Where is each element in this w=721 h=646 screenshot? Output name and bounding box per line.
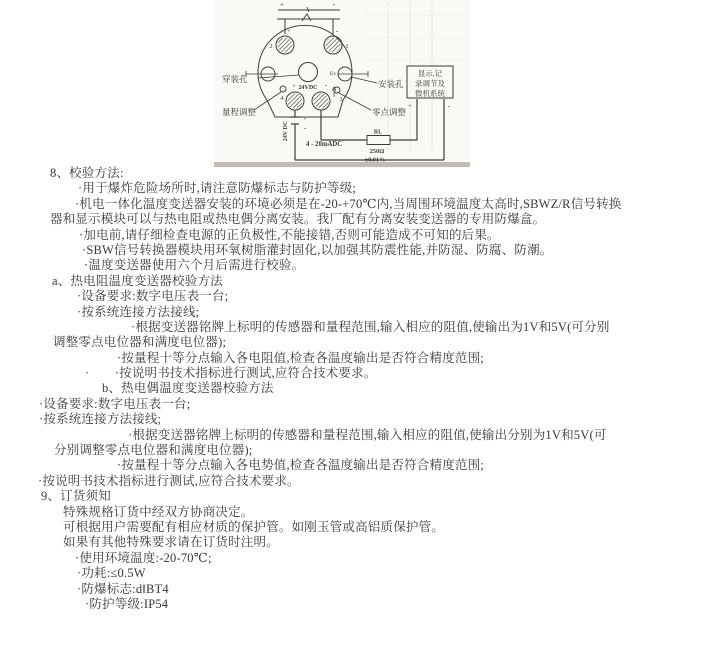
center-plus-sign: + [292, 83, 296, 90]
doc-line: ·按量程十等分点输入各电阻值,检查各温度输出是否符合精度范围; [0, 351, 721, 366]
doc-line: 器和显示模块可以与热电阻或热电偶分离安装。我厂配有分离安装变送器的专用防爆盒。 [0, 212, 721, 227]
doc-line: ·按说明书技术指标进行测试,应符合技术要求。 [0, 474, 721, 489]
doc-line: ·加电前,请仔细检查电源的正负极性,不能接错,否则可能造成不可知的后果。 [0, 228, 721, 243]
scanned-manual-page: + - + - 2 1 4 3 24VDC + - Ex 穿装孔 量程调整 安装… [0, 0, 721, 646]
sensor-plus-sign: + [280, 1, 284, 9]
doc-line: ·使用环境温度:-20-70℃; [0, 551, 721, 566]
center-hole-label: 24VDC [299, 85, 318, 91]
doc-line: ·按量程十等分点输入各电势值,检查各温度输出是否符合精度范围; [0, 458, 721, 473]
doc-line: ·防爆标志:d‖BT4 [0, 582, 721, 597]
span-adjust-label: 量程调整 [222, 107, 257, 117]
doc-line: 如果有其他特殊要求请在订货时注明。 [0, 535, 721, 550]
doc-line: 9、订货须知 [0, 489, 721, 504]
resistor-value-label: 250Ω [370, 148, 385, 155]
display-box-text-1: 显示,记 [418, 69, 443, 78]
doc-line: ·按系统连接方法接线; [0, 412, 721, 427]
doc-line: 调整零点电位器和满度电位器); [0, 335, 721, 350]
sensor-minus-sign: - [333, 0, 336, 9]
ex-label: Ex [330, 71, 336, 77]
terminal-2-label: 2 [269, 43, 272, 50]
load-resistor [367, 136, 390, 145]
terminal-1-label: 1 [345, 43, 348, 50]
document-body: 8、校验方法:·用于爆炸危险场所时,请注意防爆标志与防护等级;·机电一体化温度变… [0, 166, 721, 612]
zero-adjust-label: 零点调整 [372, 107, 407, 117]
screw2-plus-sign: + [287, 28, 291, 35]
wire-hole-label: 穿装孔 [222, 74, 248, 84]
doc-line: ·设备要求:数字电压表一台; [0, 289, 721, 304]
doc-line: ·设备要求:数字电压表一台; [0, 397, 721, 412]
doc-line: ·机电一体化温度变送器安装的环境必须是在-20-+70℃内,当周围环境温度太高时… [0, 197, 721, 212]
doc-line: 8、校验方法: [0, 166, 721, 181]
mount-hole-label: 安装孔 [378, 79, 404, 89]
doc-line: · ·按说明书技术指标进行测试,应符合技术要求。 [0, 366, 721, 381]
terminal-3-label: 3 [339, 96, 342, 103]
doc-line: ·根据变送器铭牌上标明的传感器和量程范围,输入相应的阻值,使输出分别为1V和5V… [0, 428, 721, 443]
doc-line: ·温度变送器使用六个月后需进行校验。 [0, 258, 721, 273]
doc-line: ·用于爆炸危险场所时,请注意防爆标志与防护等级; [0, 181, 721, 196]
doc-line: 特殊规格订货中经双方协商决定。 [0, 505, 721, 520]
display-box-text-2: 录调节及 [415, 78, 445, 88]
display-box-text-3: 微机系统 [415, 88, 445, 98]
doc-line: a、热电阻温度变送器校验方法 [0, 274, 721, 289]
resistor-name-label: RL [374, 130, 382, 136]
doc-line: ·防护等级:IP54 [0, 597, 721, 612]
transmitter-wiring-diagram: + - + - 2 1 4 3 24VDC + - Ex 穿装孔 量程调整 安装… [214, 0, 470, 168]
doc-line: ·功耗:≤0.5W [0, 566, 721, 581]
resistor-tolerance-label: ±0.01% [365, 157, 386, 164]
doc-line: 可根据用户需要配有相应材质的保护管。如刚玉管或高铝质保护管。 [0, 520, 721, 535]
doc-line: ·根据变送器铭牌上标明的传感器和量程范围,输入相应的阻值,使输出为1V和5V(可… [0, 320, 721, 335]
loop-current-label: 4 - 20mADC [306, 141, 342, 148]
doc-line: b、热电偶温度变送器校验方法 [0, 381, 721, 396]
doc-line: 分别调整零点电位器和满度电位器); [0, 443, 721, 458]
box-plus-sign: + [408, 103, 412, 110]
doc-line: ·按系统连接方法接线; [0, 305, 721, 320]
supply-label: 24V DC [283, 121, 289, 141]
doc-line: ·SBW信号转换器模块用环氧树脂灌封固化,以加强其防震性能,并防湿、防腐、防潮。 [0, 243, 721, 258]
